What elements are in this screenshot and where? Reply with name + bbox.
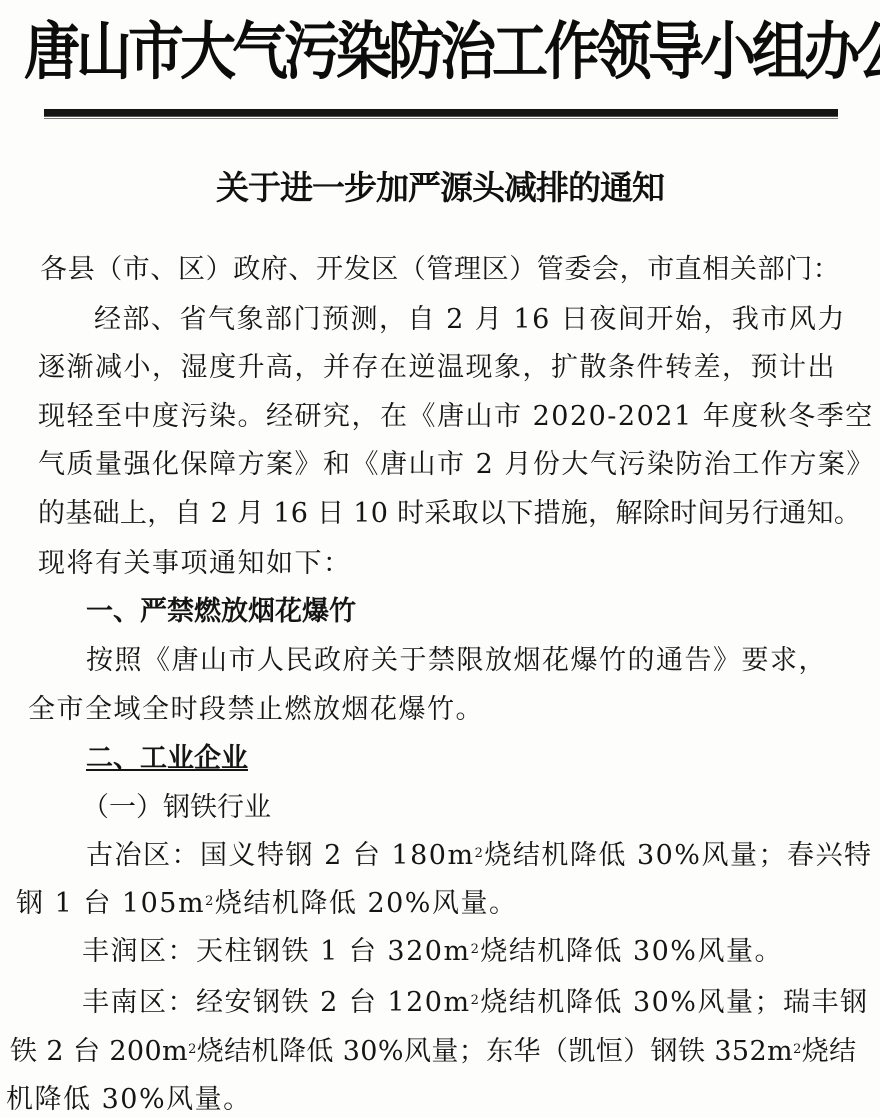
- section-2-heading: 二、工业企业: [86, 741, 248, 777]
- entry-text: 烧结机降低 30%风量。: [480, 936, 783, 967]
- entry-text: 烧结机降低 30%风量；瑞丰钢: [480, 987, 868, 1018]
- intro-line-6: 现将有关事项通知如下：: [38, 546, 352, 582]
- intro-line-2: 逐渐减小，湿度升高，并存在逆温现象，扩散条件转差，预计出: [38, 350, 836, 386]
- superscript: 2: [475, 846, 485, 861]
- addressee-line: 各县（市、区）政府、开发区（管理区）管委会，市直相关部门：: [40, 252, 840, 288]
- entry-guye-line-1: 古冶区：国义特钢 2 台 180m2烧结机降低 30%风量；春兴特: [86, 838, 872, 874]
- section-1-heading: 一、严禁燃放烟花爆竹: [86, 594, 356, 630]
- issuer-header: 唐山市大气污染防治工作领导小组办公室: [24, 6, 844, 100]
- header-divider-thin: [44, 118, 838, 119]
- entry-fengnan-line-1: 丰南区：经安钢铁 2 台 120m2烧结机降低 30%风量；瑞丰钢: [82, 985, 868, 1021]
- intro-line-4: 气质量强化保障方案》和《唐山市 2 月份大气污染防治工作方案》: [38, 447, 875, 483]
- intro-line-5: 的基础上，自 2 月 16 日 10 时采取以下措施，解除时间另行通知。: [38, 496, 861, 532]
- entry-text: 钢 1 台 105m: [16, 888, 205, 919]
- subsection-steel-heading: （一）钢铁行业: [82, 790, 271, 826]
- scanned-document-page: 唐山市大气污染防治工作领导小组办公室 关于进一步加严源头减排的通知 各县（市、区…: [0, 0, 880, 1118]
- entry-fengnan-line-2: 铁 2 台 200m2烧结机降低 30%风量；东华（凯恒）钢铁 352m2烧结: [10, 1034, 857, 1070]
- entry-text: 丰南区：经安钢铁 2 台 120m: [82, 987, 471, 1018]
- entry-text: 烧结机降低 20%风量。: [215, 888, 518, 919]
- entry-text: 古冶区：国义特钢 2 台 180m: [86, 840, 475, 871]
- superscript: 2: [471, 942, 481, 957]
- section-1-line-2: 全市全域全时段禁止燃放烟花爆竹。: [28, 692, 484, 728]
- entry-text: 铁 2 台 200m: [10, 1036, 188, 1067]
- entry-fengnan-line-3: 机降低 30%风量。: [6, 1082, 252, 1118]
- entry-text: 丰润区：天柱钢铁 1 台 320m: [82, 936, 471, 967]
- superscript: 2: [205, 894, 215, 909]
- entry-text: 烧结机降低 30%风量；东华（凯恒）钢铁 352m: [197, 1036, 793, 1067]
- superscript: 2: [188, 1042, 197, 1057]
- entry-guye-line-2: 钢 1 台 105m2烧结机降低 20%风量。: [16, 886, 517, 922]
- entry-text: 烧结机降低 30%风量；春兴特: [484, 840, 872, 871]
- header-divider: [44, 109, 838, 117]
- entry-fengrun-line-1: 丰润区：天柱钢铁 1 台 320m2烧结机降低 30%风量。: [82, 934, 783, 970]
- section-1-line-1: 按照《唐山市人民政府关于禁限放烟花爆竹的通告》要求，: [86, 643, 827, 679]
- entry-text: 烧结: [802, 1036, 857, 1067]
- document-title: 关于进一步加严源头减排的通知: [0, 162, 880, 209]
- intro-line-1: 经部、省气象部门预测，自 2 月 16 日夜间开始，我市风力: [94, 302, 846, 338]
- intro-line-3: 现轻至中度污染。经研究，在《唐山市 2020-2021 年度秋冬季空: [38, 399, 874, 435]
- superscript: 2: [471, 993, 481, 1008]
- superscript: 2: [793, 1042, 802, 1057]
